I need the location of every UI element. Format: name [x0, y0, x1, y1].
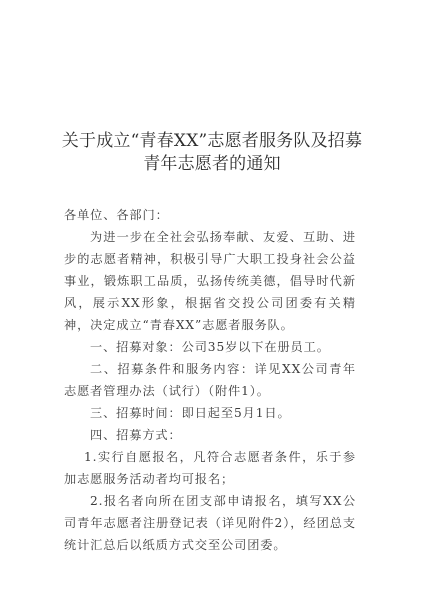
document-body: 各单位、各部门： 为进一步在全社会弘扬奉献、友爱、互助、进步的志愿者精神，积极引… — [64, 204, 356, 556]
salutation: 各单位、各部门： — [64, 204, 356, 226]
document-title-line-1: 关于成立“青春XX”志愿者服务队及招募 — [0, 130, 424, 153]
document-title: 关于成立“青春XX”志愿者服务队及招募 青年志愿者的通知 — [0, 130, 424, 176]
section-recruitment-target: 一、招募对象：公司35岁以下在册员工。 — [64, 336, 356, 358]
section-recruitment-method: 四、招募方式： — [64, 424, 356, 446]
document-title-line-2: 青年志愿者的通知 — [0, 153, 424, 176]
intro-paragraph: 为进一步在全社会弘扬奉献、友爱、互助、进步的志愿者精神，积极引导广大职工投身社会… — [64, 226, 356, 336]
section-recruitment-time: 三、招募时间：即日起至5月1日。 — [64, 402, 356, 424]
section-recruitment-conditions: 二、招募条件和服务内容：详见XX公司青年志愿者管理办法（试行）（附件1）。 — [64, 358, 356, 402]
document-page: 关于成立“青春XX”志愿者服务队及招募 青年志愿者的通知 各单位、各部门： 为进… — [0, 0, 424, 600]
method-item-1: 1.实行自愿报名，凡符合志愿者条件，乐于参加志愿服务活动者均可报名； — [64, 446, 356, 490]
method-item-2: 2.报名者向所在团支部申请报名，填写XX公司青年志愿者注册登记表（详见附件2），… — [64, 490, 356, 556]
